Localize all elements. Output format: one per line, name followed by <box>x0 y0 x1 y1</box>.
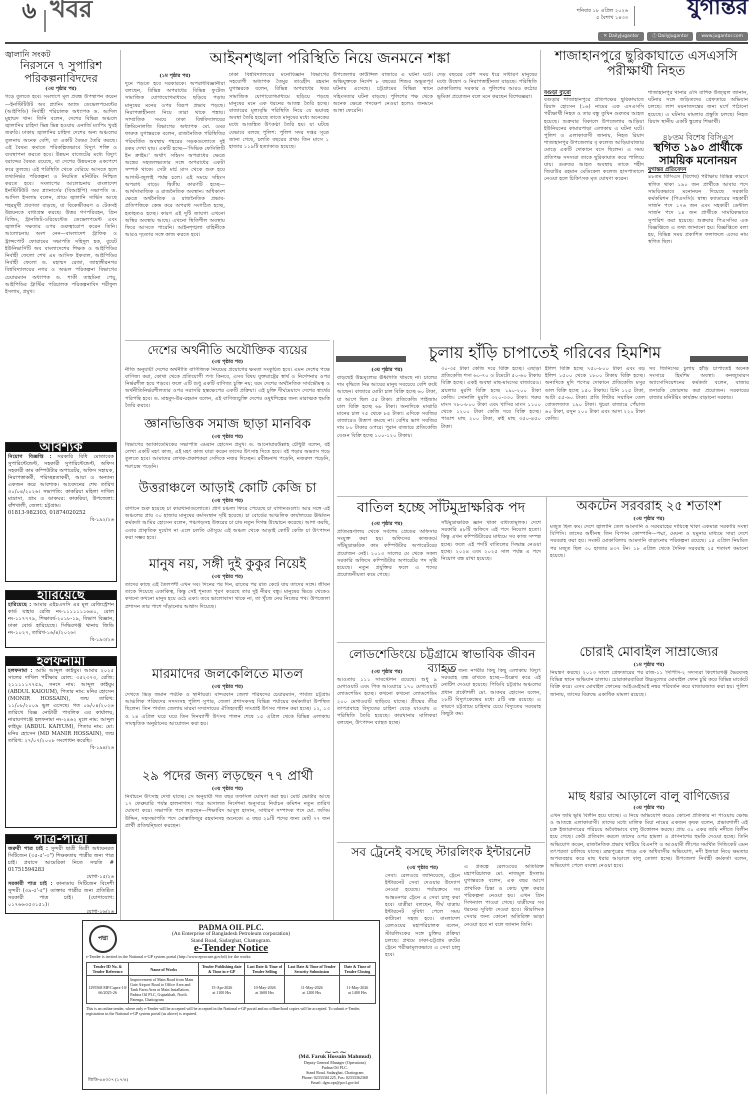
classified-phone: 01751594283 <box>8 867 44 873</box>
classified-title: হারিয়েছে <box>6 591 116 600</box>
continuation-label: (৩য় পৃষ্ঠার পর) <box>125 434 330 441</box>
continuation-label: (৩য় পৃষ্ঠার পর) <box>550 805 748 812</box>
article-body: বাগানে শুরু হয়েছে চা কারখানাগুলোতে। প্র… <box>125 506 330 556</box>
classified-code: বি-১৯৪/২৬ <box>8 745 114 752</box>
tender-work: Improvement of Main Road from Main Gate … <box>129 976 199 1004</box>
continuation-label: (৩য় পৃষ্ঠার পর) <box>125 786 330 793</box>
article-stove-col3: ইলিশ বিক্রি হচ্ছে ৭৫০-৮০০ টাকা এবং বড় ই… <box>545 366 645 492</box>
column-divider <box>120 50 121 920</box>
article-body: দুনে পড়তে হবে সরকারকে। অপরাধবিজ্ঞানীরা … <box>125 81 225 336</box>
article-body: আওতায় ১১১ সাবস্টেশন রয়েছে। শুধু ৯ মেগা… <box>337 677 437 837</box>
article-law-col4: দেড় বছরের বেশি সময় ধরে সাধারণ মানুষের … <box>437 72 537 337</box>
classified-matrimony: পাত্র-পাত্রী জরুরী পাত্র চাই : সুন্দরী ছ… <box>5 834 117 914</box>
article-law-col3: উপজেলার কাউন্সিল বাজারে এ ঘটনা ঘটে। অভিয… <box>333 72 433 337</box>
article-body: নীতি অনুযায়ী দেশের অর্থনীতি বাণিজ্যিক ন… <box>125 367 330 417</box>
column-divider <box>540 50 541 340</box>
article-stove-col2: ৩০-৩৫ টাকা কেজি দরে বিক্রি হচ্ছে। এছাড়া… <box>441 366 541 492</box>
article-starlink-col2: এ প্রকল্পে রেলওয়ের অতিরিক্ত মহাপরিচালক … <box>464 864 544 1089</box>
article-headline: দেশের অর্থনীতি অযৌক্তিক ব্যয়ের <box>125 344 330 358</box>
classified-code: বি-১৯৩/২৬ <box>8 637 114 644</box>
article-headline: মানুষ নয়, সঙ্গী দুই কুকুর নিয়েই <box>125 558 330 573</box>
col-header: Tender ID No. & Tender Reference <box>87 963 129 976</box>
tender-signature: ∼∽∼ (Md. Faruk Hossain Mahmud) Deputy Ge… <box>299 1050 371 1085</box>
article-headline: উত্তরাঞ্চলে আড়াই কোটি কেজি চা <box>125 482 330 497</box>
article-knowledge: জ্ঞানভিত্তিক সমাজ ছাড়া মানবিক (৩য় পৃষ্… <box>125 418 330 478</box>
article-body: বগুড়ার শাজাহানপুরে প্রতিপক্ষের ছুরিকাঘা… <box>544 97 644 337</box>
continuation-label: (৩য় পৃষ্ঠার পর) <box>337 521 437 528</box>
article-mobile: চোরাই মোবাইল সাম্রাজ্যের (১ম পৃষ্ঠার পর)… <box>550 646 748 770</box>
tender-subtitle: (An Enterprise of Bangladesh Petroleum c… <box>86 931 376 938</box>
col-header: Name of Works <box>129 963 199 976</box>
article-headline: স্থগিত ১৯০ প্রার্থীকে সাময়িক মনোনয়ন <box>648 142 748 167</box>
article-seal-col2: সাঁটমুদ্রাক্ষরিক জ্ঞান থাকা বাধ্যতামূলক।… <box>441 520 541 640</box>
logo-divider <box>634 6 635 26</box>
article-fuel: জ্বালানি সংকট নিরসনে ৭ সুপারিশ পরিকল্পনা… <box>5 50 117 464</box>
classified-code: যোগা-১৬/২৬ <box>8 909 114 914</box>
article-byline: যুগান্তর প্রতিবেদন <box>648 167 748 174</box>
page-number: ৬ <box>22 8 36 15</box>
article-headline: ২৯ পদের জন্য লড়ছেন ৭৭ প্রার্থী <box>125 770 330 785</box>
date-bengali: ৫ বৈশাখ ১৪৩৩ <box>577 15 628 22</box>
column-divider <box>546 496 547 1094</box>
article-marma: মারমাদের জলকেলিতে মাতল (৩য় পৃষ্ঠার পর) … <box>125 668 330 764</box>
newspaper-logo: যুগান্তর <box>687 4 748 11</box>
classified-title: হলফনামা <box>6 657 116 666</box>
article-law-col1: (১ম পৃষ্ঠার পর) দুনে পড়তে হবে সরকারকে। … <box>125 72 225 336</box>
article-kicker: জ্বালানি সংকট <box>5 50 117 59</box>
tender-closing: 11-May-2026at 1400 Hrs <box>339 976 375 1004</box>
article-dogs: মানুষ নয়, সঙ্গী দুই কুকুর নিয়েই (৩য় প… <box>125 558 330 646</box>
article-sand: মাছ ধরার আড়ালে বালু বাণিজ্যের (৩য় পৃষ্… <box>550 790 748 1088</box>
section-divider <box>337 842 545 843</box>
col-header: Last Date & Time of Tender Security Subm… <box>284 963 339 976</box>
classified-title: আবশ্যক <box>6 443 116 452</box>
article-stove-col4: সব জিনিসের চুলায় হাঁড়ি চাপাতেই অনেক সং… <box>649 366 749 492</box>
classified-lead: সরকারী পাত্র চাই : <box>8 881 53 887</box>
article-body: তাদের কাছে এই তৈলপশী এখন সব। দিনের পর দি… <box>125 582 330 646</box>
signer-email: Email: dgm.ops@pocl.gov.bd <box>299 1080 371 1085</box>
header-rule <box>5 42 748 44</box>
article-headline: সব ট্রেনেই বসছে স্টারলিংক ইন্টারনেট <box>337 846 545 860</box>
headline-rule-right <box>690 356 748 362</box>
article-stabbing-col2: শাজাহানপুর থানার ওসি বাশিক উজ্জ্বল জানান… <box>648 90 748 130</box>
article-headline: নিরসনে ৭ সুপারিশ পরিকল্পনাবিদদের <box>5 60 117 85</box>
article-seal-col1: (৩য় পৃষ্ঠার পর) প্রতিমন্ত্রণালয় থেকে স… <box>337 520 437 639</box>
article-law-col2: ঢাকা বিশ্ববিদ্যালয়ের মনোবিজ্ঞান বিভাগের… <box>229 72 329 337</box>
tender-selling: 10-May-2026at 1600 Hrs <box>245 976 284 1004</box>
col-header: Tender Publishing date & Time in e-GP <box>199 963 245 976</box>
continuation-label: (১ম পৃষ্ঠার পর) <box>550 662 748 669</box>
continuation-label: (৩য় পৃষ্ঠার পর) <box>337 669 437 676</box>
section-divider <box>337 496 748 497</box>
classified-lost: হারিয়েছে হারিয়েছে : আমার এইচএসসি এর মূ… <box>5 590 117 648</box>
article-headline: চোরাই মোবাইল সাম্রাজ্যের <box>550 646 748 661</box>
x-link[interactable]: ✕ DailyJugantor <box>598 32 644 41</box>
classified-lead: নিয়োগ বিজ্ঞপ্তি : <box>8 454 52 460</box>
headline-rule-left <box>336 356 406 362</box>
continuation-label: (৩য় পৃষ্ঠার পর) <box>5 86 117 93</box>
article-bcs: ৪৮তম বিশেষ বিসিএস স্থগিত ১৯০ প্রার্থীকে … <box>648 133 748 324</box>
classified-code: যোগা-১৫/২৬ <box>8 874 114 881</box>
continuation-label: (৩য় পৃষ্ঠার পর) <box>337 367 437 374</box>
tender-notice: পদ্মা PADMA OIL PLC. (An Enterprise of B… <box>82 920 380 1090</box>
section-divider <box>337 642 545 643</box>
classified-title: পাত্র-পাত্রী <box>6 835 116 844</box>
article-tea: উত্তরাঞ্চলে আড়াই কোটি কেজি চা (৩য় পৃষ্… <box>125 482 330 556</box>
date-gregorian: শনিবার ১৮ এপ্রিল ২০২৬ <box>577 8 628 15</box>
tender-note: This is an online tender, where only e-T… <box>86 1006 376 1016</box>
article-waste: দেশের অর্থনীতি অযৌক্তিক ব্যয়ের (৩য় পৃষ… <box>125 344 330 417</box>
article-headline: বাতিল হচ্ছে সাঁটমুদ্রাক্ষরিক পদ <box>337 500 545 516</box>
article-candidates: ২৯ পদের জন্য লড়ছেন ৭৭ প্রার্থী (৩য় পৃষ… <box>125 770 330 904</box>
classified-affidavit: হলফনামা হলফনামা : আমি আব্দুল কাইয়ুম। আম… <box>5 656 117 828</box>
article-loadshed-col1: (৩য় পৃষ্ঠার পর) আওতায় ১১১ সাবস্টেশন রয… <box>337 668 437 837</box>
article-loadshed-col2: লক্ষ্যের জন্য নগরীর কিছু কিছু এলাকায় বি… <box>441 668 541 838</box>
col-header: Last Date & Time of Tender Selling <box>245 963 284 976</box>
table-row: 1295568 MF/Capex-10/ 66/2025-26 Improvem… <box>87 976 376 1004</box>
col-header: Date & Time of Tender Closing <box>339 963 375 976</box>
padma-logo-icon: পদ্মা <box>89 925 117 953</box>
article-body: এখন জমি ভূমি বিলীন হয়ে যাচ্ছে। এ নিয়ে … <box>550 813 748 1088</box>
continuation-label: (৩য় পৃষ্ঠার পর) <box>125 684 330 691</box>
article-headline: শাজাহানপুরে ছুরিকাঘাতে এসএসসি পরীক্ষার্থ… <box>544 50 748 80</box>
article-byline: বগুড়া ব্যুরো <box>544 90 644 97</box>
continuation-label: (৩য় পৃষ্ঠার পর) <box>125 574 330 581</box>
facebook-link[interactable]: ⓕ DailyJugantor <box>647 32 693 41</box>
tender-publish: 15-Apr-2026at 1100 Hrs <box>199 976 245 1004</box>
tender-security: 11-May-2026at 1200 Hrs <box>284 976 339 1004</box>
tender-table: Tender ID No. & Tender Reference Name of… <box>86 962 376 1004</box>
tender-company: PADMA OIL PLC. <box>86 924 376 931</box>
tender-id: 1295568 MF/Capex-10/ 66/2025-26 <box>87 976 129 1004</box>
article-body: প্রতিমন্ত্রণালয় থেকে সর্বশেষ গ্রেডের অফ… <box>337 529 437 639</box>
classified-code: বি-১৯২/২৬ <box>8 517 114 524</box>
article-body: সেবা। রেলওয়ে জানিয়েছে, ট্রেনে ইন্টারনে… <box>385 873 460 1093</box>
lead-headline: আইনশৃঙ্খলা পরিস্থিতি নিয়ে জনমনে শঙ্কা <box>125 50 535 67</box>
classified-lead: হারিয়েছে : <box>8 602 31 608</box>
article-body: মজুত ছিল কম। দেশে জ্বালানি তেল আমদানি ও … <box>550 524 748 624</box>
continuation-label: (৩য় পৃষ্ঠার পর) <box>385 865 460 872</box>
article-body: ৪৮তম বিসিএস (বিশেষ) পরীক্ষায় বিভিন্ন কা… <box>648 174 748 324</box>
continuation-label: (৩য় পৃষ্ঠার পর) <box>125 359 330 366</box>
website-link[interactable]: www.jugantor.com <box>696 32 748 41</box>
article-headline: চুলায় হাঁড়ি চাপাতেই গরিবের হিমশিম <box>400 344 690 362</box>
article-headline: জ্ঞানভিত্তিক সমাজ ছাড়া মানবিক <box>125 418 330 433</box>
article-stove-col1: (৩য় পৃষ্ঠার পর) বাড়ছেই উচ্চমূল্যের ঊর্… <box>337 366 437 495</box>
section-divider <box>125 340 330 341</box>
classified-body: আমি আব্দুল কাইয়ুম। আমার ২০২৫ সালের দাখি… <box>8 668 114 744</box>
social-links: ✕ DailyJugantor ⓕ DailyJugantor www.juga… <box>598 32 748 41</box>
article-body: বিভাগের অ্যাকাডেমিকের সভাপতি এমরান হোসেন… <box>125 442 330 478</box>
article-body: নিয়ন্ত্রণ করছে। ২০১৩ সালে গ্রেফতারের পর… <box>550 670 748 770</box>
article-headline: মাছ ধরার আড়ালে বালু বাণিজ্যের <box>550 790 748 804</box>
header-divider <box>44 10 46 32</box>
tender-title: e-Tender Notice <box>86 945 376 952</box>
classified-lead: হলফনামা : <box>8 668 32 674</box>
classified-phone: 01813-982303, 01874020252 <box>8 510 114 517</box>
article-body: নির্বাচনে উৎসাহ দেখা যাচ্ছে। সে অনুযায়ী… <box>125 794 330 904</box>
classified-body: সরকারি বিধি মোতাবেক সুপারিন্টেন্ডেন্ট, স… <box>8 454 114 509</box>
date-block: শনিবার ১৮ এপ্রিল ২০২৬ ৫ বৈশাখ ১৪৩৩ <box>577 8 628 22</box>
tender-intro: e-Tender is invited in the National e-GP… <box>86 953 376 960</box>
continuation-label: (৩য় পৃষ্ঠার পর) <box>550 516 748 523</box>
tender-code: জিডি-৬৪৩০৭ (১৭/৪) <box>88 1076 128 1083</box>
article-stabbing: বগুড়া ব্যুরো বগুড়ার শাজাহানপুরে প্রতিপ… <box>544 90 644 337</box>
article-body: দেখতে ভিড় জমান পর্যটক ও স্থানীয়রা। বান… <box>125 692 330 764</box>
section-title: খবর <box>50 6 92 13</box>
article-starlink-col1: (৩য় পৃষ্ঠার পর) সেবা। রেলওয়ে জানিয়েছে… <box>385 864 460 1093</box>
continuation-label: (৩য় পৃষ্ঠার পর) <box>125 498 330 505</box>
continuation-label: (১ম পৃষ্ঠার পর) <box>125 73 225 80</box>
article-octane: অকটেন সরবরাহ ২৫ শতাংশ (৩য় পৃষ্ঠার পর) ম… <box>550 500 748 624</box>
column-divider <box>333 340 334 920</box>
article-body: বাড়ছেই উচ্চমূল্যের ঊর্ধ্বগতি থামছে না। … <box>337 375 437 495</box>
article-headline: অকটেন সরবরাহ ২৫ শতাংশ <box>550 500 748 515</box>
classified-lead: জরুরী পাত্র চাই : <box>8 846 48 852</box>
classified-wanted: আবশ্যক নিয়োগ বিজ্ঞপ্তি : সরকারি বিধি মো… <box>5 442 117 582</box>
article-headline: মারমাদের জলকেলিতে মাতল <box>125 668 330 683</box>
article-body: গড়ে তুলতে হবে। সংলাপে মূল প্রবন্ধ উপস্থ… <box>5 94 117 464</box>
